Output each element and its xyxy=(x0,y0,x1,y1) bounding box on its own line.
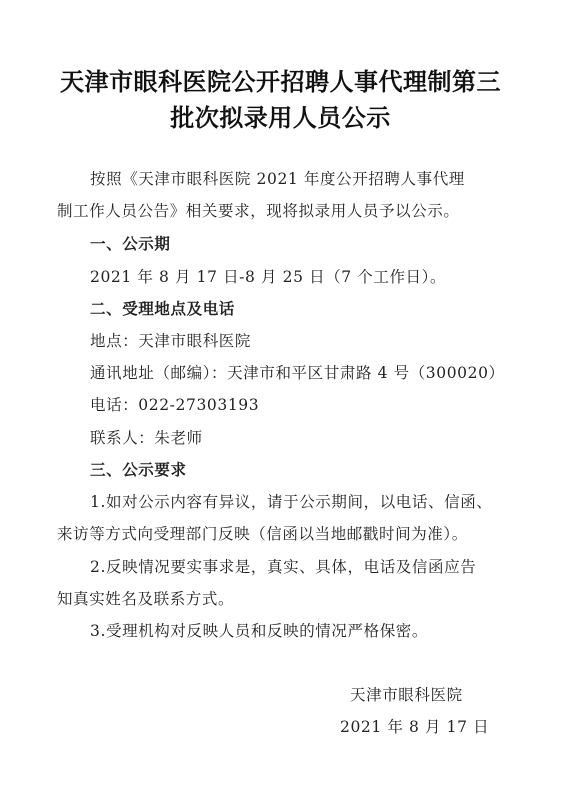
phone-text: 电话：022-27303193 xyxy=(90,393,259,415)
requirement-2-line-1: 2.反映情况要实事求是，真实、具体，电话及信函应告 xyxy=(90,555,476,577)
requirement-2-line-2: 知真实姓名及联系方式。 xyxy=(57,587,234,609)
address-text: 通讯地址（邮编）：天津市和平区甘肃路 4 号（300020） xyxy=(90,361,505,383)
requirement-1-line-2: 来访等方式向受理部门反映（信函以当地邮戳时间为准）。 xyxy=(57,522,468,544)
signature-date: 2021 年 8 月 17 日 xyxy=(340,715,489,737)
publicity-period: 2021 年 8 月 17 日-8 月 25 日（7 个工作日）。 xyxy=(90,265,446,287)
requirement-3: 3.受理机构对反映人员和反映的情况严格保密。 xyxy=(90,619,428,641)
intro-line-1: 按照《天津市眼科医院 2021 年度公开招聘人事代理 xyxy=(90,167,465,189)
signature-org: 天津市眼科医院 xyxy=(350,683,463,705)
document-title-line-1: 天津市眼科医院公开招聘人事代理制第三 xyxy=(0,62,561,97)
section-3-heading: 三、公示要求 xyxy=(90,458,187,480)
requirement-1-line-1: 1.如对公示内容有异议，请于公示期间，以电话、信函、 xyxy=(90,490,492,512)
contact-text: 联系人：朱老师 xyxy=(90,426,203,448)
document-title-line-2: 批次拟录用人员公示 xyxy=(0,98,561,133)
section-1-heading: 一、公示期 xyxy=(90,232,171,254)
location-text: 地点：天津市眼科医院 xyxy=(90,329,251,351)
section-2-heading: 二、受理地点及电话 xyxy=(90,297,235,319)
intro-line-2: 制工作人员公告》相关要求，现将拟录用人员予以公示。 xyxy=(57,199,460,221)
